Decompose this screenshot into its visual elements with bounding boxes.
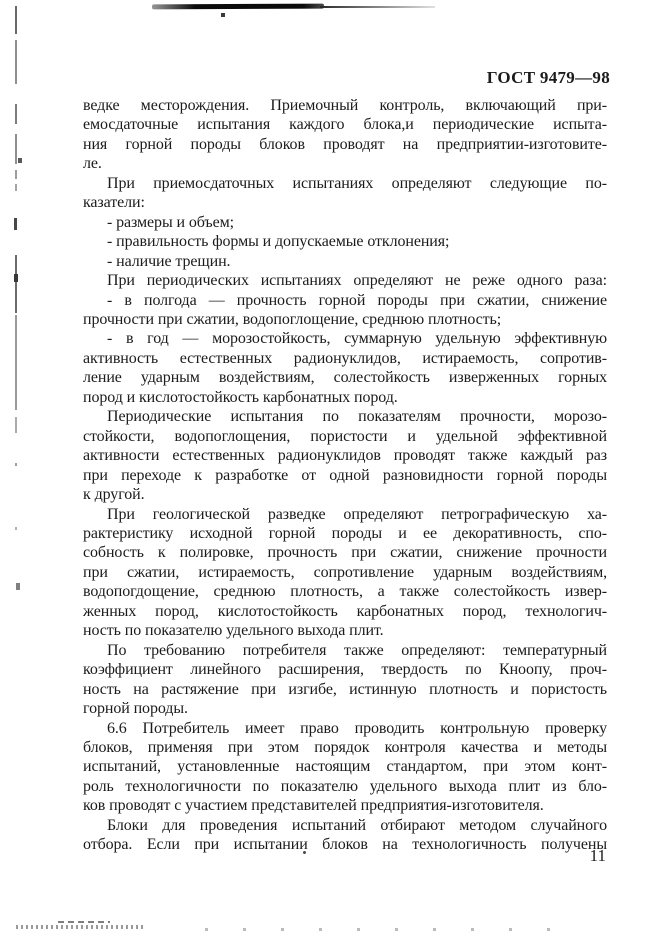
scan-artifact-left-edge bbox=[15, 184, 17, 191]
text-line: - размеры и объем; bbox=[83, 213, 607, 232]
scan-artifact-left-edge bbox=[15, 6, 17, 34]
text-line: По требованию потребителя также определя… bbox=[83, 641, 607, 660]
text-line: При периодических испытаниях определяют … bbox=[83, 271, 607, 290]
scan-artifact-left-edge bbox=[15, 315, 17, 410]
scan-artifact-left-edge bbox=[15, 417, 17, 433]
text-line: стойкости, водопоглощения, пористости и … bbox=[83, 427, 607, 446]
text-line: роль технологичности по показателю удель… bbox=[83, 777, 607, 796]
text-line: женных пород, кислотостойкость карбонатн… bbox=[83, 602, 607, 621]
text-line: к другой. bbox=[83, 485, 607, 504]
text-line: горной породы. bbox=[83, 699, 607, 718]
scan-artifact-left-edge bbox=[15, 255, 17, 313]
text-line: ление ударным воздействиям, солестойкост… bbox=[83, 368, 607, 387]
text-line: емосдаточные испытания каждого блока,и п… bbox=[83, 115, 607, 134]
text-line: Периодические испытания по показателям п… bbox=[83, 407, 607, 426]
text-line: При приемосдаточных испытаниях определяю… bbox=[83, 174, 607, 193]
text-line: прочности при сжатии, водопоглощение, ср… bbox=[83, 310, 607, 329]
text-line: отбора. Если при испытании блоков на тех… bbox=[83, 835, 607, 854]
scan-noise-bottom bbox=[16, 925, 144, 929]
text-line: ность по показателю удельного выхода пли… bbox=[83, 621, 607, 640]
text-line: - в полгода — прочность горной породы пр… bbox=[83, 291, 607, 310]
scan-artifact-left-edge bbox=[14, 218, 17, 230]
scan-artifact-left-edge bbox=[16, 583, 20, 590]
text-line: при сжатии, истираемость, сопротивление … bbox=[83, 563, 607, 582]
scan-artifact-top-streak-tail bbox=[320, 6, 435, 8]
scan-artifact-top-streak bbox=[152, 4, 324, 10]
text-line: активности естественных радионуклидов пр… bbox=[83, 446, 607, 465]
document-page: ГОСТ 9479—98 ведке месторождения. Приемо… bbox=[0, 0, 666, 936]
text-line: 6.6 Потребитель имеет право проводить ко… bbox=[83, 719, 607, 738]
scan-noise-bottom bbox=[205, 928, 565, 931]
scan-artifact-left-edge bbox=[15, 170, 17, 179]
scan-artifact-left-edge bbox=[14, 274, 18, 282]
text-line: ков проводят с участием представителей п… bbox=[83, 796, 607, 815]
standard-number-header: ГОСТ 9479—98 bbox=[487, 68, 610, 88]
text-line: пород и кислотостойкость карбонатных пор… bbox=[83, 388, 607, 407]
text-line: Блоки для проведения испытаний отбирают … bbox=[83, 816, 607, 835]
text-line: при переходе к разработке от одной разно… bbox=[83, 466, 607, 485]
text-line: - в год — морозостойкость, суммарную уде… bbox=[83, 329, 607, 348]
text-line: испытаний, установленные настоящим станд… bbox=[83, 757, 607, 776]
text-line: ле. bbox=[83, 154, 607, 173]
text-line: блоков, применяя при этом порядок контро… bbox=[83, 738, 607, 757]
scan-artifact-left-edge bbox=[15, 134, 17, 164]
text-line: - наличие трещин. bbox=[83, 252, 607, 271]
scan-artifact-left-edge bbox=[18, 158, 22, 163]
text-line: рактеристику исходной горной породы и ее… bbox=[83, 524, 607, 543]
text-line: активность естественных радионуклидов, и… bbox=[83, 349, 607, 368]
text-line: казатели: bbox=[83, 193, 607, 212]
text-line: ния горной породы блоков проводят на пре… bbox=[83, 135, 607, 154]
text-line: коэффициент линейного расширения, твердо… bbox=[83, 660, 607, 679]
page-number: 11 bbox=[590, 846, 606, 866]
text-line: водопогдощение, среднюю плотность, а так… bbox=[83, 582, 607, 601]
text-line: При геологической разведке определяют пе… bbox=[83, 505, 607, 524]
scan-artifact-left-edge bbox=[15, 463, 17, 466]
text-line: ведке месторождения. Приемочный контроль… bbox=[83, 96, 607, 115]
scan-artifact-left-edge bbox=[15, 104, 17, 124]
document-text: ведке месторождения. Приемочный контроль… bbox=[83, 96, 607, 855]
scan-artifact-left-edge bbox=[15, 40, 17, 84]
scan-artifact-dot bbox=[221, 13, 225, 17]
text-line: собность к полировке, прочность при сжат… bbox=[83, 543, 607, 562]
text-line: - правильность формы и допускаемые откло… bbox=[83, 232, 607, 251]
scan-artifact-left-edge bbox=[15, 527, 17, 530]
text-line: ность на растяжение при изгибе, истинную… bbox=[83, 680, 607, 699]
scan-noise-bottom bbox=[58, 921, 110, 923]
